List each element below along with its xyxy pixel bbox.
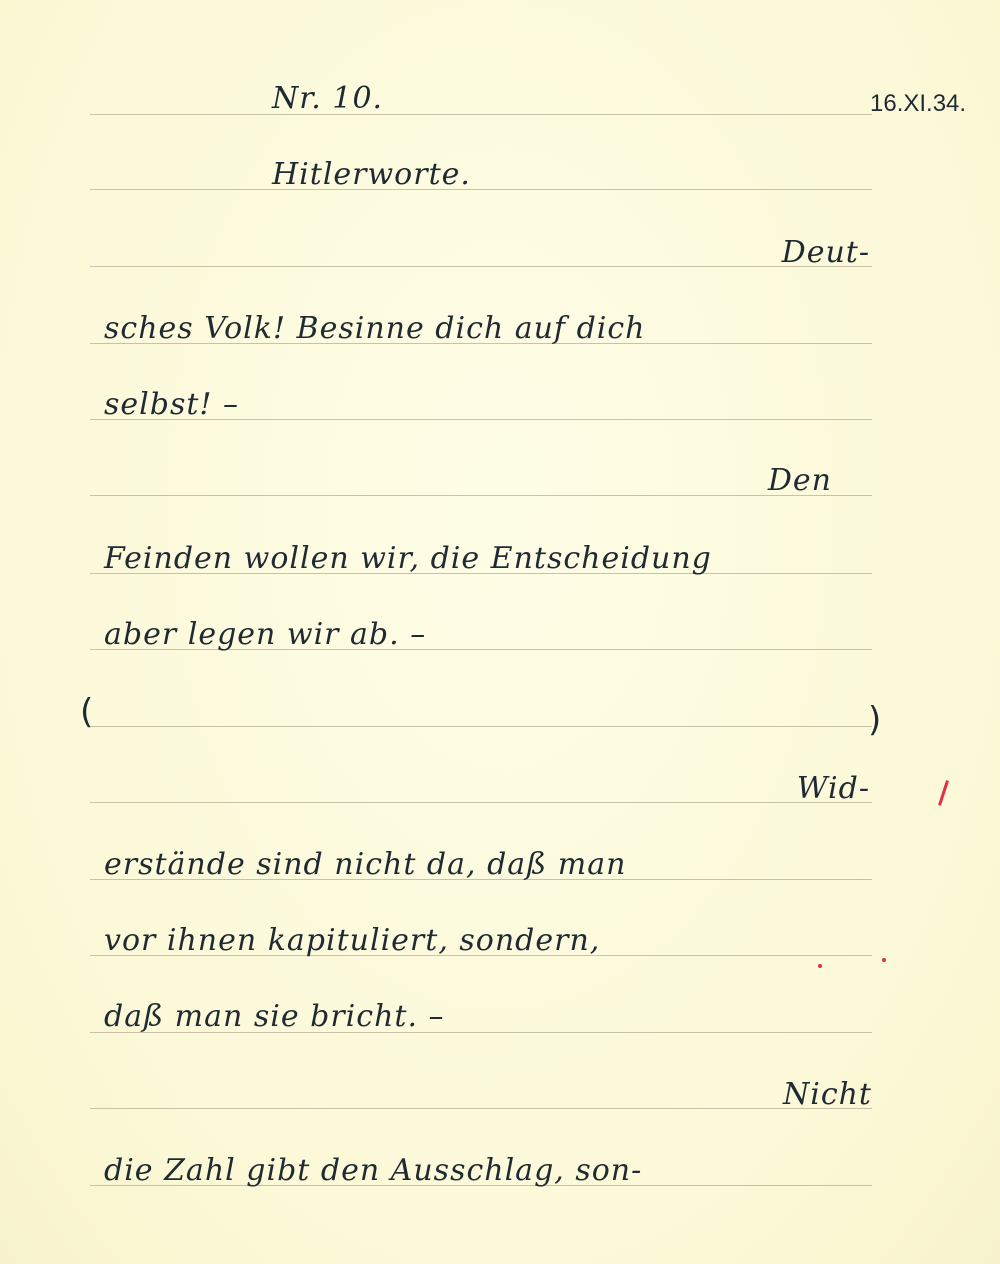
ruled-line (90, 1108, 872, 1109)
text-line: erstände sind nicht da, daß man (104, 850, 626, 880)
text-line: Nicht (783, 1080, 872, 1110)
entry-number: Nr. 10. (272, 84, 383, 114)
correction-mark (938, 780, 949, 806)
ruled-line (90, 495, 872, 496)
bracket-open: ( (80, 692, 93, 732)
text-line: vor ihnen kapituliert, sondern, (104, 926, 600, 956)
text-line: die Zahl gibt den Ausschlag, son- (104, 1156, 642, 1186)
text-line: selbst! – (104, 390, 239, 420)
text-line: Feinden wollen wir, die Entscheidung (104, 544, 712, 574)
entry-title: Hitlerworte. (272, 160, 471, 190)
text-line: aber legen wir ab. – (104, 620, 426, 650)
text-line: Den (768, 466, 832, 496)
ruled-line (90, 726, 872, 727)
text-line: Wid- (797, 774, 870, 804)
ruled-line (90, 189, 872, 190)
bracket-close: ) (868, 700, 881, 740)
notebook-page: Nr. 10. 16.XI.34. Hitlerworte. Deut- sch… (0, 0, 1000, 1264)
entry-date: 16.XI.34. (870, 92, 966, 116)
correction-dot (882, 958, 886, 962)
correction-dot (818, 964, 822, 968)
ruled-line (90, 802, 872, 803)
ruled-line (90, 114, 872, 115)
ruled-line (90, 266, 872, 267)
text-line: daß man sie bricht. – (104, 1002, 445, 1032)
text-line: sches Volk! Besinne dich auf dich (104, 314, 646, 344)
text-line: Deut- (782, 238, 870, 268)
